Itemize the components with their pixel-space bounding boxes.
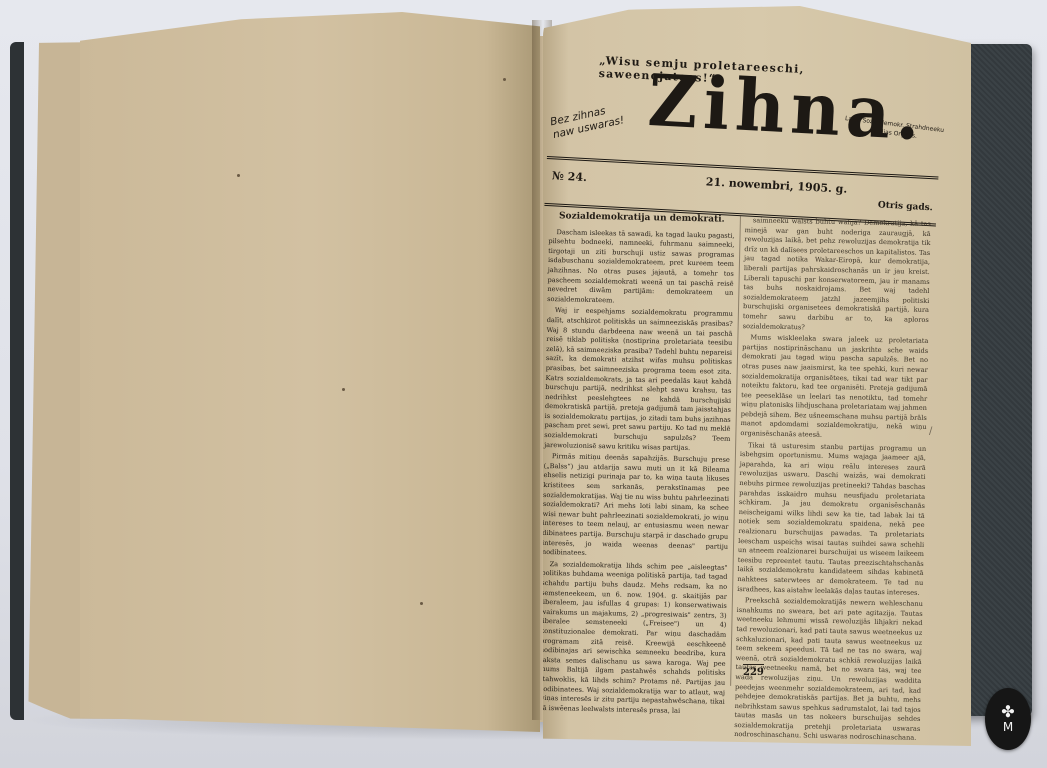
paper-speck	[503, 78, 506, 81]
issue-number: № 24.	[552, 169, 588, 184]
newspaper-page: „Wisu semju proletareeschi, saweenojatee…	[543, 6, 971, 746]
article-column-1: Sozialdemokratija un demokrati. Dascham …	[538, 212, 734, 719]
publication-year: Otris gads.	[878, 200, 933, 213]
article-headline: Sozialdemokratija un demokrati.	[549, 212, 735, 225]
watermark-letter: M	[1003, 720, 1013, 734]
left-page-specks	[80, 12, 540, 732]
issue-date: 21. nowembri, 1905. g.	[706, 175, 848, 195]
watermark-badge: ✤ M	[985, 688, 1031, 750]
article-columns: Sozialdemokratija un demokrati. Dascham …	[539, 212, 937, 690]
article-paragraph: Pirmās mitiņu deenās sapahzijās. Burschu…	[542, 452, 730, 561]
masthead-left-slogan: Bez zihnas naw uswaras!	[549, 100, 633, 142]
article-paragraph: Tikai tā usturesim stanbu partijas progr…	[737, 441, 926, 598]
book-cover-left-edge	[10, 42, 24, 720]
article-paragraph: Za sozialdemokratija lihds schim pee „ai…	[539, 560, 728, 717]
article-paragraph: Dascham isleekas tā sawadi, ka tagad lau…	[547, 228, 735, 309]
paper-speck	[237, 174, 240, 177]
book-photo-scene: „Wisu semju proletareeschi, saweenojatee…	[0, 0, 1047, 768]
article-paragraph: Mums wiskleelaka swara jaleek uz proleta…	[740, 333, 928, 442]
pencil-margin-mark: /	[929, 426, 932, 437]
masthead-title: Zihna.	[646, 59, 928, 157]
page-number: 229	[743, 664, 764, 678]
article-paragraph: saimneeku walsts buhtu wahja? Demokratij…	[743, 216, 931, 335]
article-paragraph: Waj ir eespehjams sozialdemokratu progra…	[544, 306, 733, 454]
paper-speck	[342, 388, 345, 391]
paper-speck	[420, 602, 423, 605]
flower-emblem-icon: ✤	[1001, 704, 1014, 720]
